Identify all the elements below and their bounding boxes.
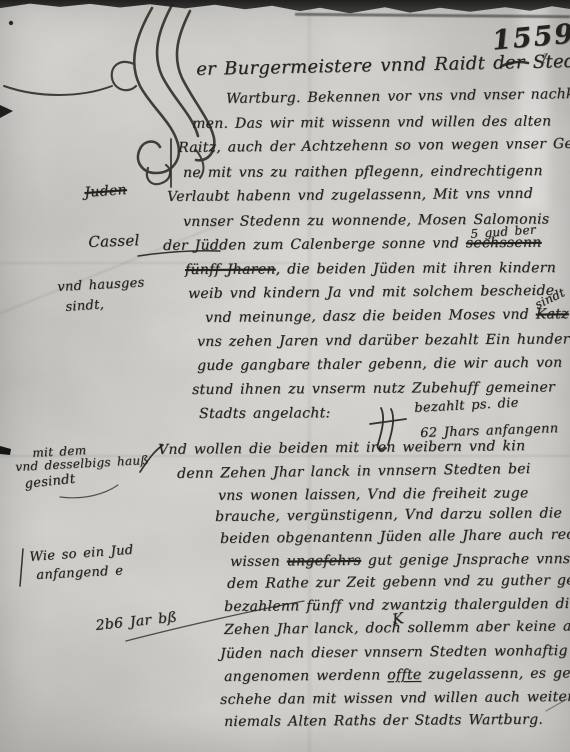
margin-note-text: sindt, xyxy=(65,297,105,315)
manuscript-line-text: denn Zehen Jhar lanck in vnnsern Stedten… xyxy=(177,461,531,482)
manuscript-line-text: offte xyxy=(387,667,421,683)
margin-note-text: anfangend e xyxy=(36,563,124,583)
margin-note: vnd hausges xyxy=(57,276,145,295)
manuscript-line-text: stund ihnen zu vnserm nutz Zubehuff geme… xyxy=(192,379,555,398)
manuscript-line-text: brauche, vergünstigenn, Vnd darzu sollen… xyxy=(215,505,562,525)
manuscript-line: denn Zehen Jhar lanck in vnnsern Stedten… xyxy=(177,462,531,482)
manuscript-line: men. Das wir mit wissenn vnd willen des … xyxy=(192,114,551,132)
margin-note-text: K xyxy=(391,609,405,629)
pen-flourishes xyxy=(0,0,570,752)
margin-note-text: Wie so ein Jud xyxy=(29,543,134,565)
margin-note: sindt, xyxy=(65,298,105,315)
manuscript-line: beiden obgenantenn Jüden alle Jhare auch… xyxy=(220,527,570,547)
manuscript-line-text: zugelassenn, es ge, xyxy=(421,665,570,683)
manuscript-line-text: vnd meinunge, dasz die beiden Moses vnd xyxy=(205,307,536,326)
margin-note-text: 62 Jhars anfangenn xyxy=(420,421,559,441)
margin-note: Juden xyxy=(84,183,127,201)
manuscript-line: vns wonen laissen, Vnd die freiheit zuge xyxy=(218,486,529,504)
manuscript-line: Stadts angelacht: xyxy=(199,406,331,422)
manuscript-line: Raitz, auch der Achtzehenn so von wegen … xyxy=(178,137,570,157)
manuscript-line: gude gangbare thaler gebenn, die wir auc… xyxy=(197,356,562,375)
manuscript-line-text: Raitz, auch der Achtzehenn so von wegen … xyxy=(178,136,570,156)
manuscript-line: angenomen werdenn offte zugelassenn, es … xyxy=(224,666,570,685)
margin-note: anfangend e xyxy=(36,564,124,583)
paper-grain-layer xyxy=(0,0,570,752)
manuscript-line: weib vnd kindern Ja vnd mit solchem besc… xyxy=(188,284,554,303)
margin-note-text: vnd hausges xyxy=(57,275,145,295)
manuscript-line: vns zehen Jaren vnd darüber bezahlt Ein … xyxy=(197,332,570,350)
margin-note: Wie so ein Jud xyxy=(29,544,134,566)
manuscript-line: Vnd wollen die beiden mit iren weibern v… xyxy=(158,439,525,458)
ink-speck xyxy=(9,21,13,25)
margin-note-text: 2b6 Jar bß xyxy=(95,609,178,633)
margin-note-text: gesindt xyxy=(24,472,76,492)
manuscript-line: Jüden nach dieser vnnsern Stedten wonhaf… xyxy=(220,644,568,662)
manuscript-line-text: men. Das wir mit wissenn vnd willen des … xyxy=(192,113,551,132)
manuscript-line-text: der Jüdden zum Calenberge sonne vnd xyxy=(163,235,466,254)
manuscript-line-text: , die beiden Jüden mit ihren kindern xyxy=(276,260,556,277)
manuscript-page: er Burgermeistere vnnd Raidt der Stedte:… xyxy=(0,0,570,752)
margin-note-text: Cassel xyxy=(88,231,140,251)
manuscript-line: schehe dan mit wissen vnd willen auch we… xyxy=(220,690,570,708)
manuscript-line-text: angenomen werdenn xyxy=(224,667,387,685)
manuscript-line: er Burgermeistere vnnd Raidt der Stedte: xyxy=(196,52,570,80)
manuscript-line-text: Vnd wollen die beiden mit iren weibern v… xyxy=(158,438,525,458)
manuscript-line-text: beiden obgenantenn Jüden alle Jhare auch… xyxy=(220,526,570,547)
manuscript-line-text: Stadts angelacht: xyxy=(199,405,331,422)
paper-texture xyxy=(0,0,570,752)
manuscript-line-text: er Burgermeistere vnnd Raidt der Stedte: xyxy=(196,51,570,80)
manuscript-line-text: gude gangbare thaler gebenn, die wir auc… xyxy=(197,355,562,374)
manuscript-line-text: ungefehrs xyxy=(287,553,361,570)
margin-note: gesindt xyxy=(24,473,76,493)
manuscript-line: dem Rathe zur Zeit gebenn vnd zu guther … xyxy=(227,573,570,592)
manuscript-line: Verlaubt habenn vnd zugelassenn, Mit vns… xyxy=(167,187,533,206)
margin-bracket-bottom xyxy=(20,549,23,586)
manuscript-line: wissen ungefehrs gut genige Jnsprache vn… xyxy=(230,552,570,570)
manuscript-line-text: fünff Jharen xyxy=(185,262,276,278)
vertical-fold-crease xyxy=(308,0,311,752)
manuscript-line-text: Verlaubt habenn vnd zugelassenn, Mit vns… xyxy=(167,186,533,205)
manuscript-line-text: dem Rathe zur Zeit gebenn vnd zu guther … xyxy=(227,572,570,592)
manuscript-line-text: ne mit vns zu raithen pflegenn, eindrech… xyxy=(183,163,543,181)
margin-note: Cassel xyxy=(88,232,140,250)
manuscript-line-text: vns wonen laissen, Vnd die freiheit zuge xyxy=(218,485,529,504)
manuscript-line: niemals Alten Raths der Stadts Wartburg. xyxy=(224,713,543,731)
left-edge-nick-top xyxy=(0,105,13,118)
margin-note: bezahlt ps. die xyxy=(414,397,519,417)
manuscript-line-text: wissen xyxy=(230,554,287,570)
manuscript-line: ne mit vns zu raithen pflegenn, eindrech… xyxy=(183,164,543,181)
manuscript-line: fünff Jharen, die beiden Jüden mit ihren… xyxy=(185,261,556,278)
manuscript-line-text: schehe dan mit wissen vnd willen auch we… xyxy=(220,689,570,708)
manuscript-line-text: weib vnd kindern Ja vnd mit solchem besc… xyxy=(188,283,554,302)
flourish-initial xyxy=(4,5,214,184)
manuscript-line-text: vns zehen Jaren vnd darüber bezahlt Ein … xyxy=(197,331,570,350)
margin-note: 62 Jhars anfangenn xyxy=(420,422,559,441)
margin-note-text: bezahlt ps. die xyxy=(414,396,519,416)
margin-note: 2b6 Jar bß xyxy=(95,610,178,634)
manuscript-line-text: gut genige Jnsprache vnns xyxy=(361,551,570,569)
year-mark: 1559 xyxy=(491,18,570,56)
margin-note-text: Juden xyxy=(84,182,127,201)
manuscript-line-text: niemals Alten Raths der Stadts Wartburg. xyxy=(224,712,543,730)
left-edge-nick-mid xyxy=(0,446,11,455)
margin-note: K xyxy=(391,610,405,628)
paper-blotch-layer xyxy=(0,0,570,752)
manuscript-line-text: Jüden nach dieser vnnsern Stedten wonhaf… xyxy=(220,643,568,662)
scan-edge-top xyxy=(0,0,570,15)
manuscript-line: vnd meinunge, dasz die beiden Moses vnd … xyxy=(205,307,569,326)
manuscript-line: brauche, vergünstigenn, Vnd darzu sollen… xyxy=(215,506,562,525)
